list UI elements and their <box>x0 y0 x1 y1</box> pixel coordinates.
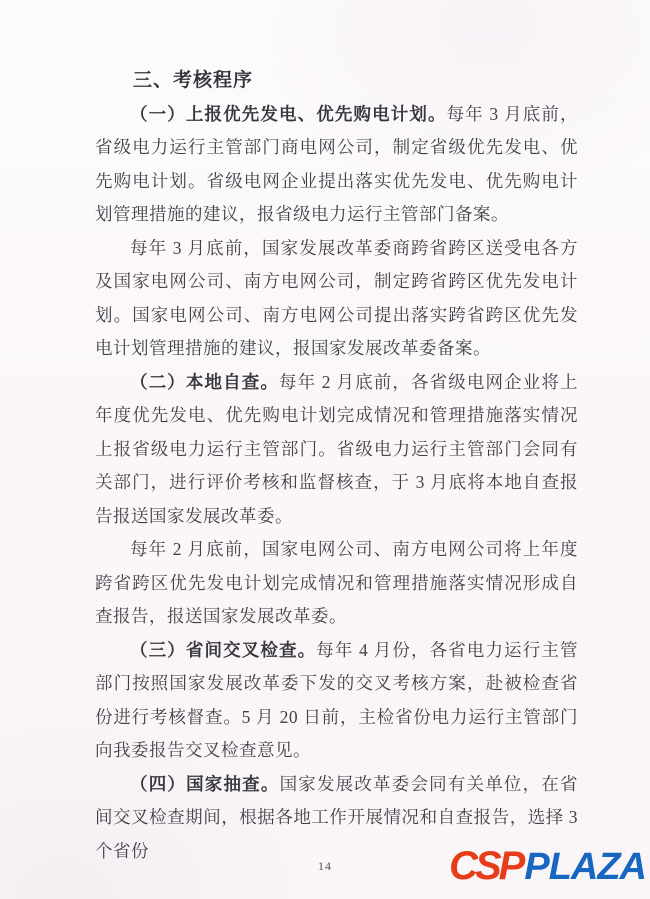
paragraph: 每年 3 月底前，国家发展改革委商跨省跨区送受电各方及国家电网公司、南方电网公司… <box>95 232 578 366</box>
paragraph-text: 每年 2 月底前，国家电网公司、南方电网公司将上年度跨省跨区优先发电计划完成情况… <box>95 539 578 626</box>
paragraph-lead: （二）本地自查。 <box>130 372 279 392</box>
paragraph-text: 每年 3 月底前，国家发展改革委商跨省跨区送受电各方及国家电网公司、南方电网公司… <box>95 238 578 359</box>
paragraph: （三）省间交叉检查。每年 4 月份，各省电力运行主管部门按照国家发展改革委下发的… <box>95 634 578 768</box>
paragraph-text: 每年 2 月底前，各省级电网企业将上年度优先发电、优先购电计划完成情况和管理措施… <box>95 372 578 526</box>
section-heading: 三、考核程序 <box>95 64 578 98</box>
paragraph-lead: （三）省间交叉检查。 <box>130 640 316 660</box>
paragraph-lead: （一）上报优先发电、优先购电计划。 <box>130 104 447 124</box>
paragraph: （一）上报优先发电、优先购电计划。每年 3 月底前，省级电力运行主管部门商电网公… <box>95 98 578 232</box>
paragraph: （二）本地自查。每年 2 月底前，各省级电网企业将上年度优先发电、优先购电计划完… <box>95 366 578 534</box>
paragraph-lead: （四）国家抽查。 <box>130 774 280 794</box>
csp-plaza-logo: CSPPLAZA <box>449 846 646 895</box>
paragraph: 每年 2 月底前，国家电网公司、南方电网公司将上年度跨省跨区优先发电计划完成情况… <box>95 533 578 634</box>
document-body: 三、考核程序 （一）上报优先发电、优先购电计划。每年 3 月底前，省级电力运行主… <box>95 64 578 868</box>
logo-csp: CSP <box>449 844 522 888</box>
logo-plaza: PLAZA <box>524 846 646 888</box>
